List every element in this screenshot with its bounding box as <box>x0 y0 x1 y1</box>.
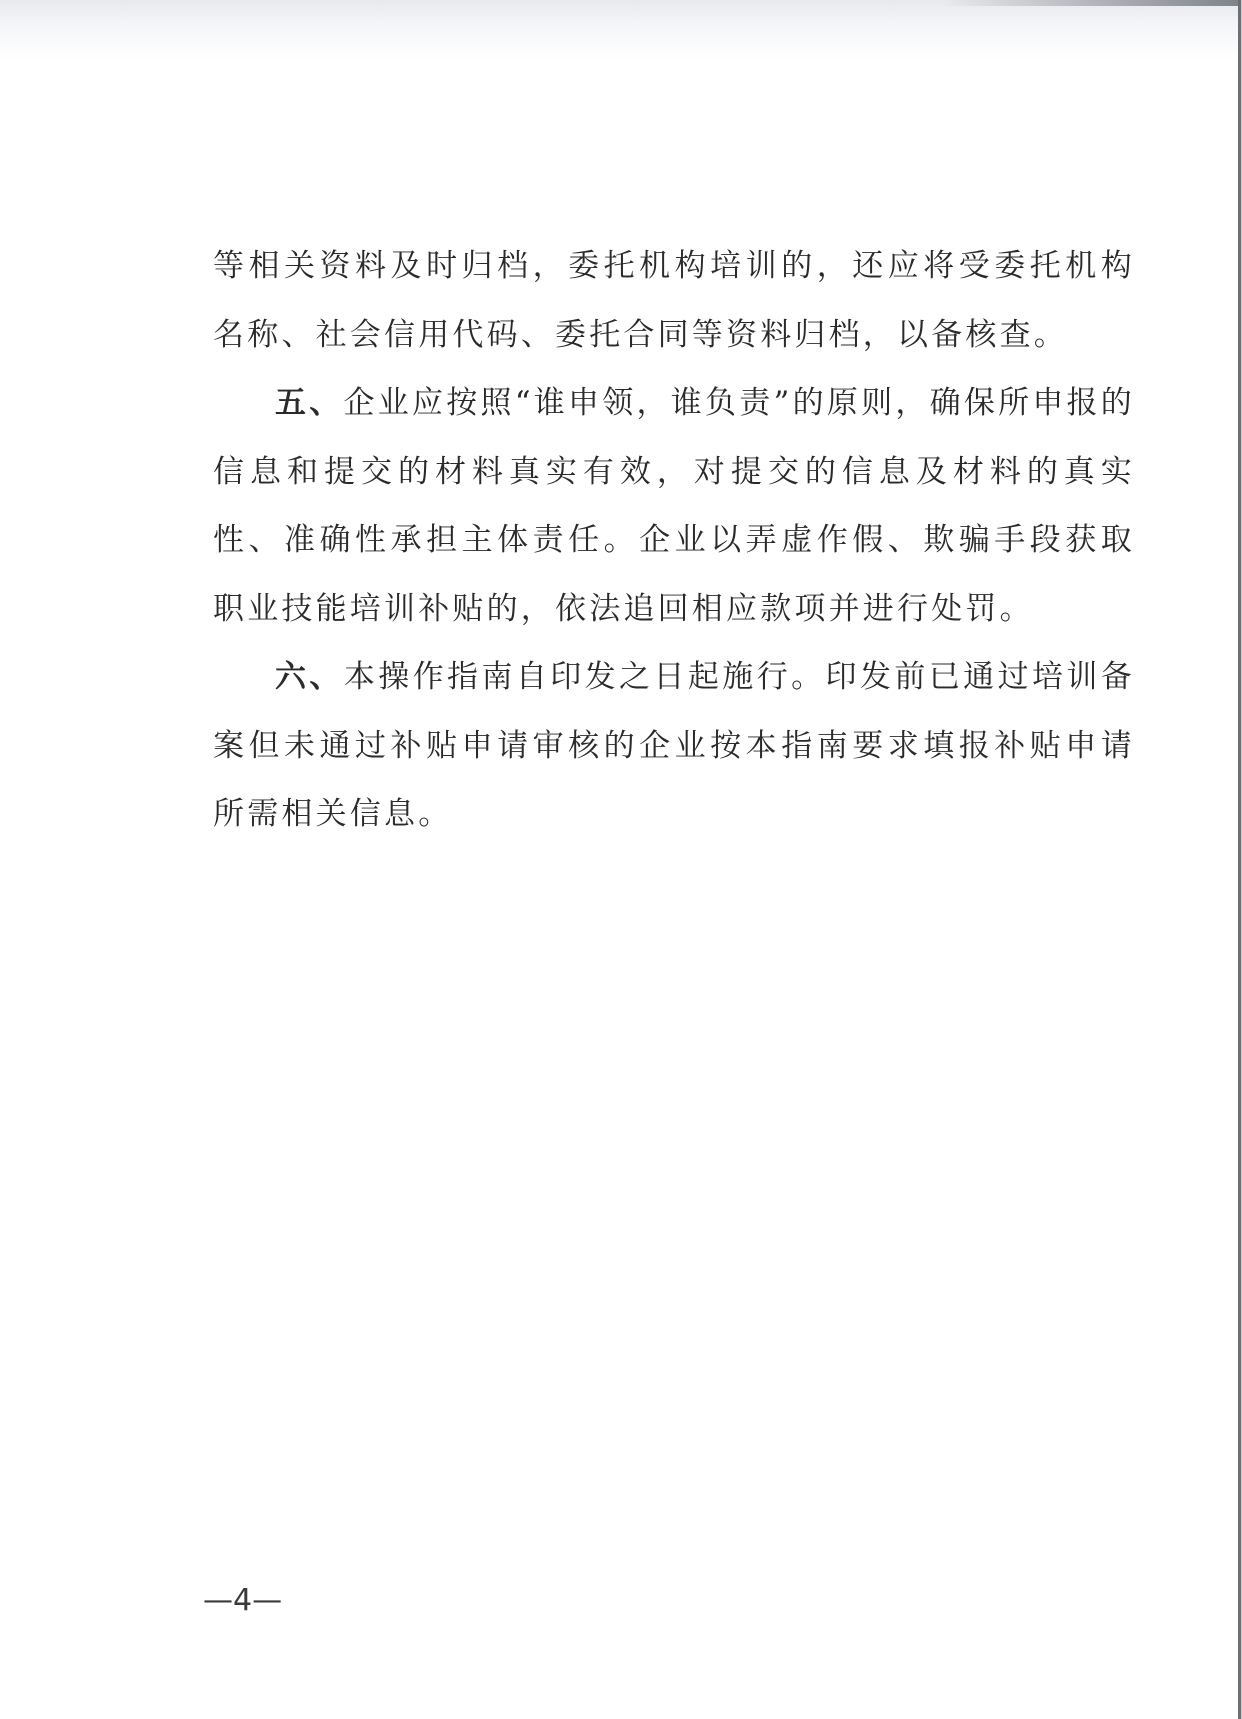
document-body: 等相关资料及时归档，委托机构培训的，还应将受委托机构名称、社会信用代码、委托合同… <box>213 232 1135 849</box>
page-number: —4— <box>203 1583 282 1618</box>
scan-top-shade <box>0 0 1242 60</box>
section-number: 六、 <box>275 659 344 695</box>
section-number: 五、 <box>275 385 344 421</box>
paragraph-section-6: 六、本操作指南自印发之日起施行。印发前已通过培训备案但未通过补贴申请审核的企业按… <box>213 643 1135 849</box>
scan-top-edge <box>942 0 1242 6</box>
scan-right-edge <box>1238 0 1241 1719</box>
paragraph-text: 等相关资料及时归档，委托机构培训的，还应将受委托机构名称、社会信用代码、委托合同… <box>213 248 1135 353</box>
paragraph-section-5: 五、企业应按照“谁申领，谁负责”的原则，确保所申报的信息和提交的材料真实有效，对… <box>213 369 1135 643</box>
paragraph-text: 本操作指南自印发之日起施行。印发前已通过培训备案但未通过补贴申请审核的企业按本指… <box>213 659 1135 832</box>
paragraph-continuation: 等相关资料及时归档，委托机构培训的，还应将受委托机构名称、社会信用代码、委托合同… <box>213 232 1135 369</box>
paragraph-text: 企业应按照“谁申领，谁负责”的原则，确保所申报的信息和提交的材料真实有效，对提交… <box>213 385 1135 627</box>
